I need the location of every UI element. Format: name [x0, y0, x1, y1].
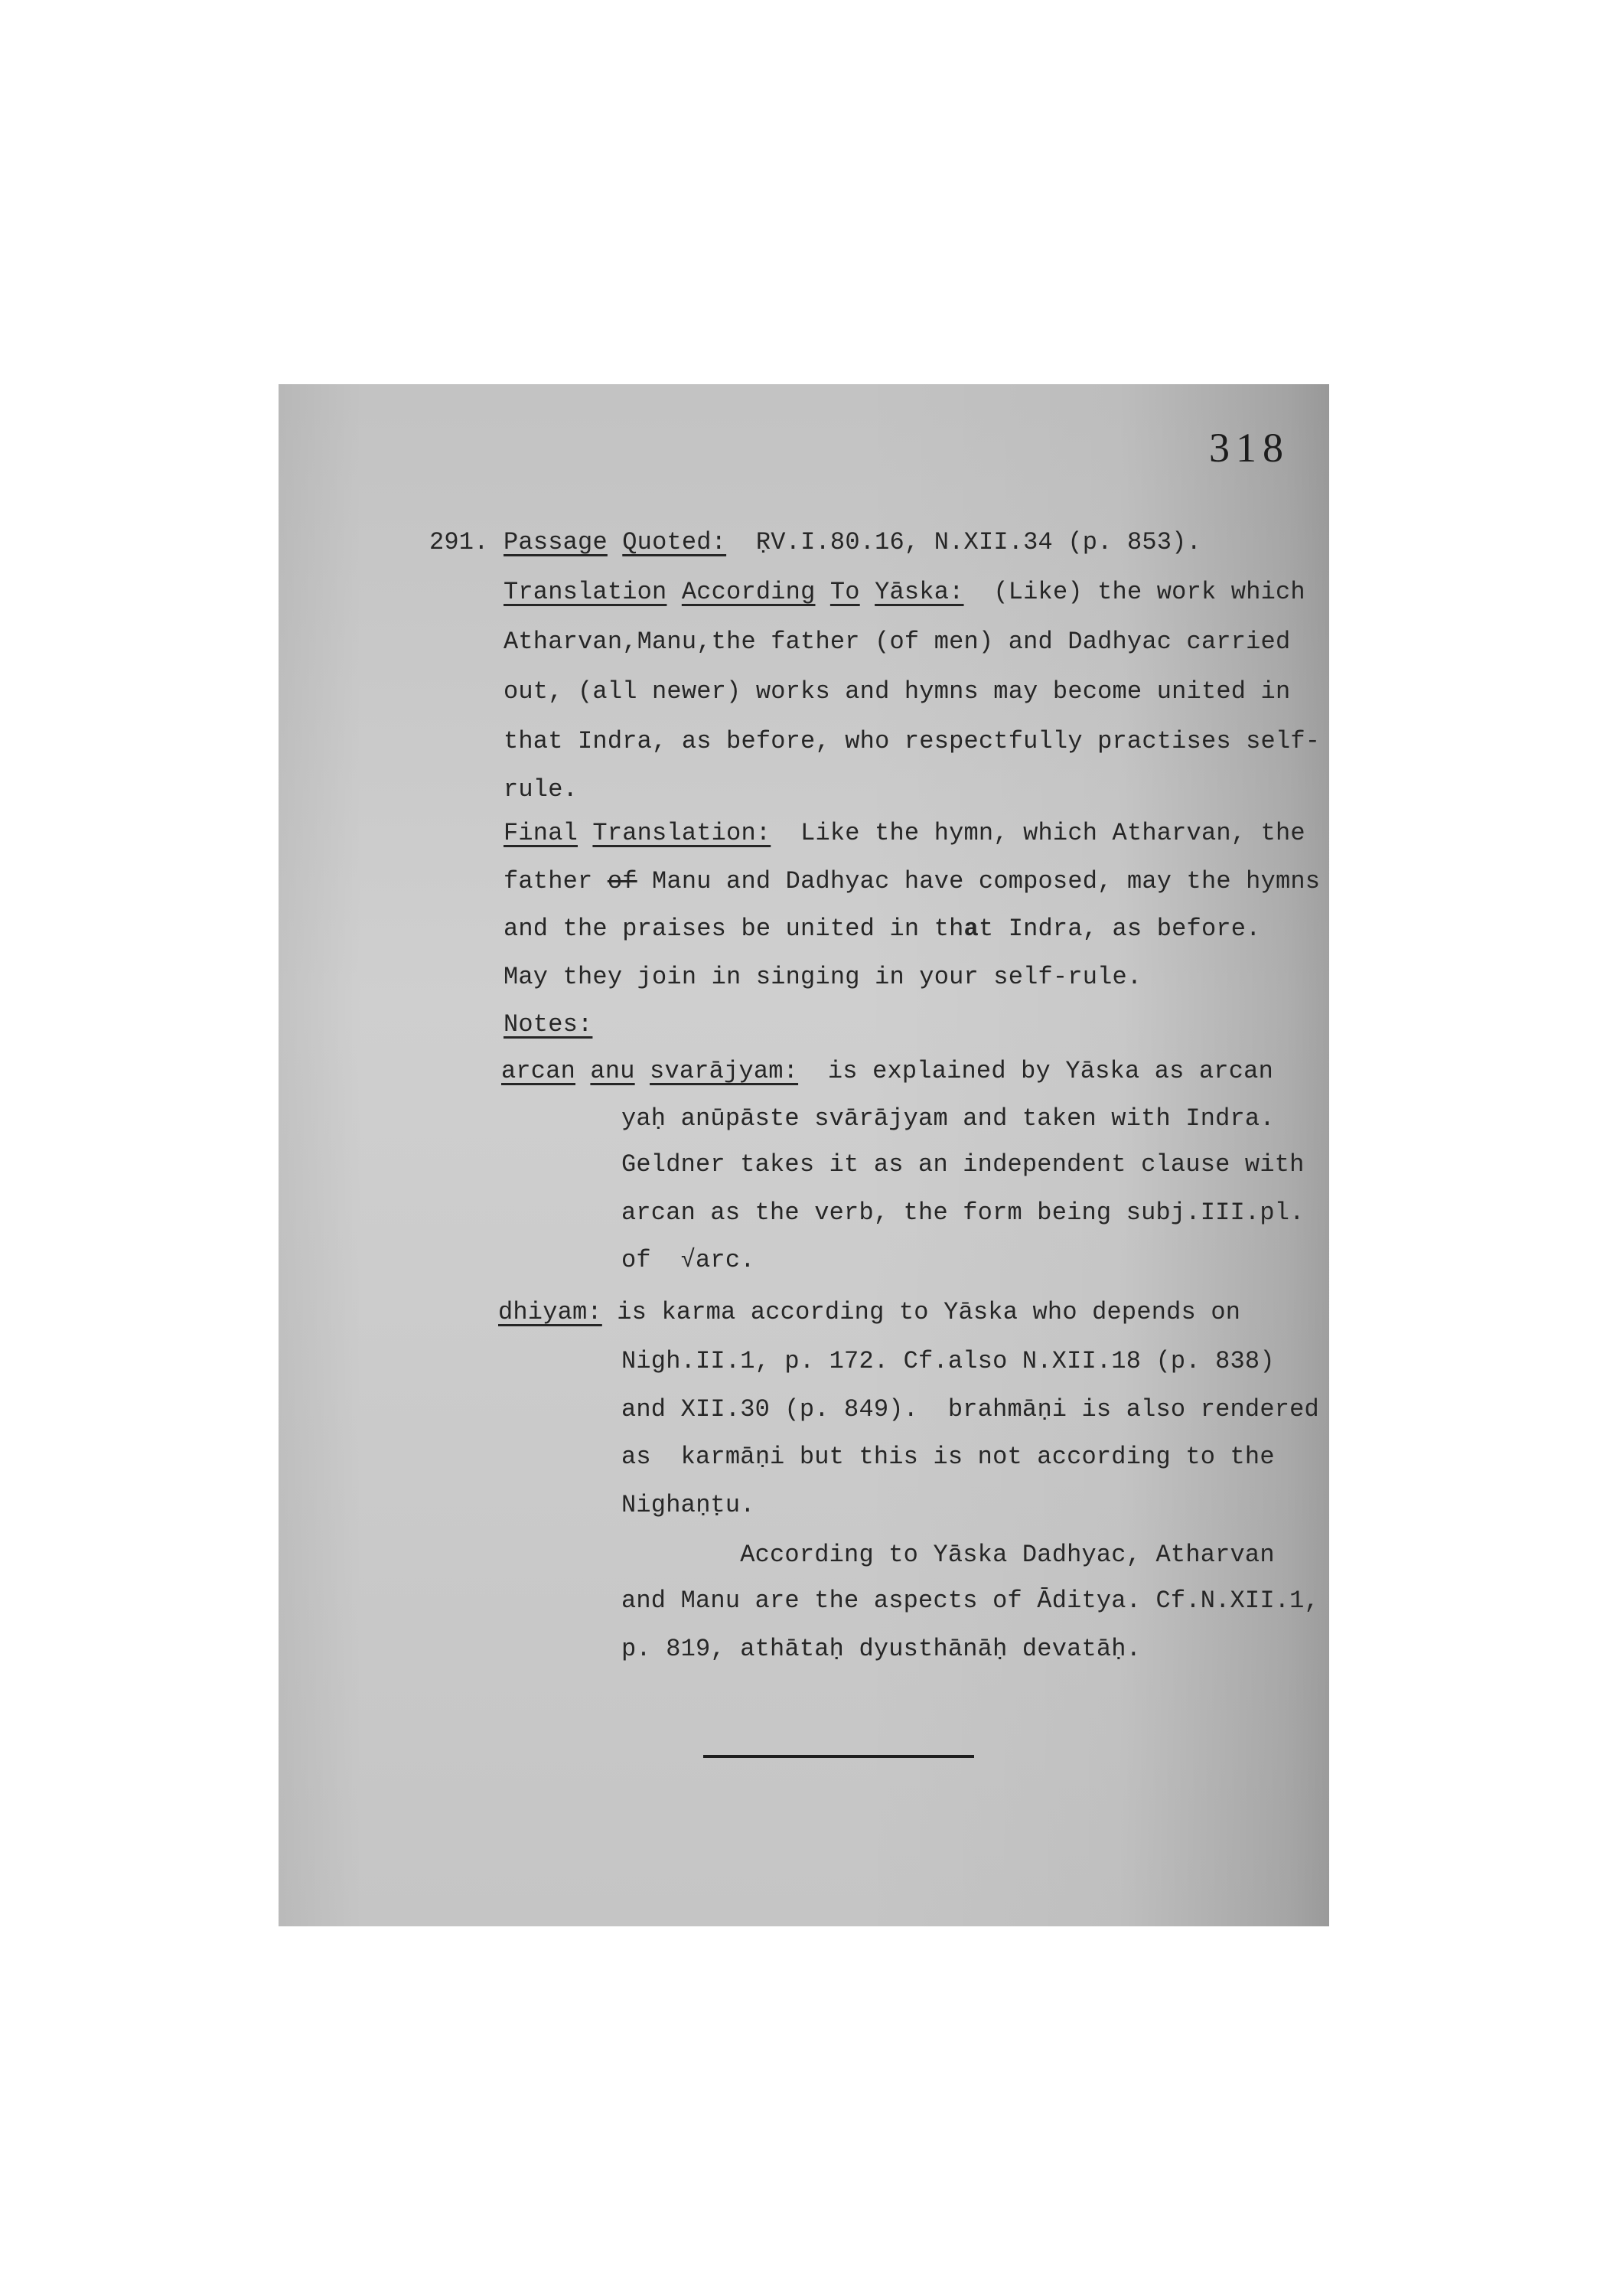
yaska-translation-line: Atharvan,Manu,the father (of men) and Da… — [504, 628, 1290, 656]
final-translation-line: and the praises be united in that Indra,… — [504, 915, 1261, 943]
struck-word: of — [608, 867, 637, 895]
entry-header: 291. Passage Quoted: ṚV.I.80.16, N.XII.3… — [429, 529, 1201, 556]
heading-word: Final — [504, 819, 578, 847]
note-line: and Manu are the aspects of Āditya. Cf.N… — [621, 1587, 1319, 1615]
note-line: Nighaṇṭu. — [621, 1492, 755, 1519]
note-line: as karmāṇi but this is not according to … — [621, 1443, 1275, 1471]
note-line: Nigh.II.1, p. 172. Cf.also N.XII.18 (p. … — [621, 1348, 1275, 1375]
heading-word: According — [682, 578, 816, 606]
note-text: is explained by Yāska as arcan — [798, 1057, 1273, 1085]
heading-rest: (Like) the work which — [964, 578, 1305, 606]
note-arcan-term-line: arcan anu svarājyam: is explained by Yās… — [501, 1058, 1273, 1085]
note-line: According to Yāska Dadhyac, Atharvan — [621, 1541, 1275, 1569]
note-dhiyam-term-line: dhiyam: is karma according to Yāska who … — [498, 1299, 1240, 1326]
overstruck-letter: a — [964, 915, 979, 943]
quoted-label: Quoted: — [622, 528, 726, 556]
note-line: and XII.30 (p. 849). brahmāṇi is also re… — [621, 1396, 1319, 1424]
heading-word: Translation: — [592, 819, 771, 847]
yaska-translation-heading: Translation According To Yāska: (Like) t… — [504, 579, 1305, 606]
passage-label: Passage — [504, 528, 608, 556]
yaska-translation-line: rule. — [504, 776, 578, 804]
note-term: anu — [590, 1057, 634, 1085]
note-line: arcan as the verb, the form being subj.I… — [621, 1199, 1305, 1227]
yaska-translation-line: out, (all newer) works and hymns may bec… — [504, 678, 1290, 706]
note-line: p. 819, athātaḥ dyusthānāḥ devatāḥ. — [621, 1636, 1141, 1663]
heading-word: To — [830, 578, 860, 606]
final-translation-heading: Final Translation: Like the hymn, which … — [504, 820, 1305, 847]
final-translation-line: father of Manu and Dadhyac have composed… — [504, 868, 1320, 895]
entry-number: 291. — [429, 528, 489, 556]
note-text: is karma according to Yāska who depends … — [602, 1298, 1240, 1326]
yaska-translation-line: that Indra, as before, who respectfully … — [504, 728, 1320, 755]
end-rule-divider — [703, 1755, 974, 1758]
heading-word: Yāska: — [875, 578, 963, 606]
note-line: yaḥ anūpāste svārājyam and taken with In… — [621, 1105, 1275, 1133]
text-segment: and the praises be united in th — [504, 915, 964, 943]
passage-reference: ṚV.I.80.16, N.XII.34 (p. 853). — [726, 528, 1201, 556]
text-segment: t Indra, as before. — [979, 915, 1261, 943]
text-segment: Manu and Dadhyac have composed, may the … — [637, 867, 1321, 895]
note-line: Geldner takes it as an independent claus… — [621, 1151, 1305, 1179]
heading-rest: Like the hymn, which Atharvan, the — [771, 819, 1305, 847]
scanned-page: 318 291. Passage Quoted: ṚV.I.80.16, N.X… — [279, 384, 1329, 1926]
final-translation-line: May they join in singing in your self-ru… — [504, 964, 1142, 991]
heading-word: Translation — [504, 578, 666, 606]
note-term: arcan — [501, 1057, 575, 1085]
note-term: svarājyam: — [650, 1057, 798, 1085]
page-number: 318 — [1209, 424, 1289, 471]
text-segment: father — [504, 867, 608, 895]
note-term: dhiyam: — [498, 1298, 602, 1326]
notes-heading: Notes: — [504, 1011, 592, 1039]
note-line: of √arc. — [621, 1247, 755, 1274]
